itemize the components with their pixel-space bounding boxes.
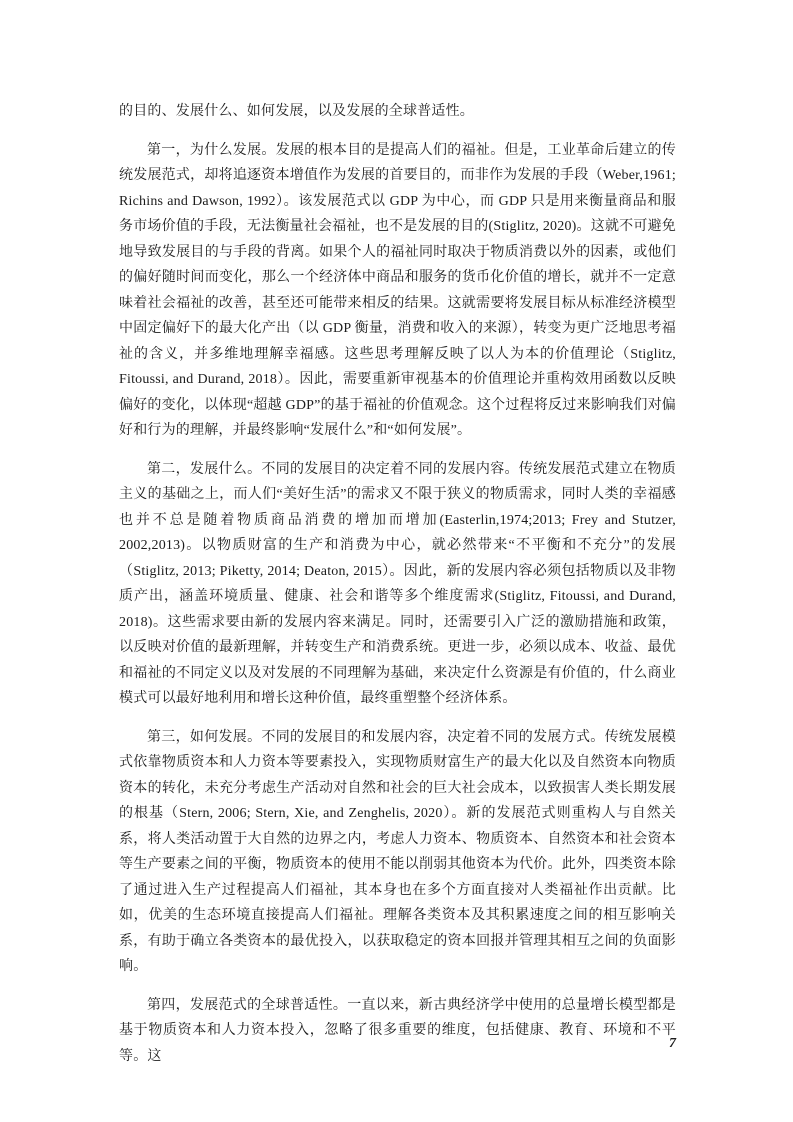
page-number: 7 <box>669 1036 676 1052</box>
document-page: 的目的、发展什么、如何发展，以及发展的全球普适性。 第一，为什么发展。发展的根本… <box>0 0 793 1122</box>
body-paragraph-what-to-develop: 第二，发展什么。不同的发展目的决定着不同的发展内容。传统发展范式建立在物质主义的… <box>119 457 676 712</box>
body-paragraph-how-to-develop: 第三，如何发展。不同的发展目的和发展内容，决定着不同的发展方式。传统发展模式依靠… <box>119 725 676 980</box>
body-paragraph-why-develop: 第一，为什么发展。发展的根本目的是提高人们的福祉。但是，工业革命后建立的传统发展… <box>119 138 676 444</box>
document-body: 的目的、发展什么、如何发展，以及发展的全球普适性。 第一，为什么发展。发展的根本… <box>119 99 676 1069</box>
body-paragraph-global-applicability: 第四，发展范式的全球普适性。一直以来，新古典经济学中使用的总量增长模型都是基于物… <box>119 993 676 1070</box>
body-paragraph-continuation: 的目的、发展什么、如何发展，以及发展的全球普适性。 <box>119 99 676 125</box>
